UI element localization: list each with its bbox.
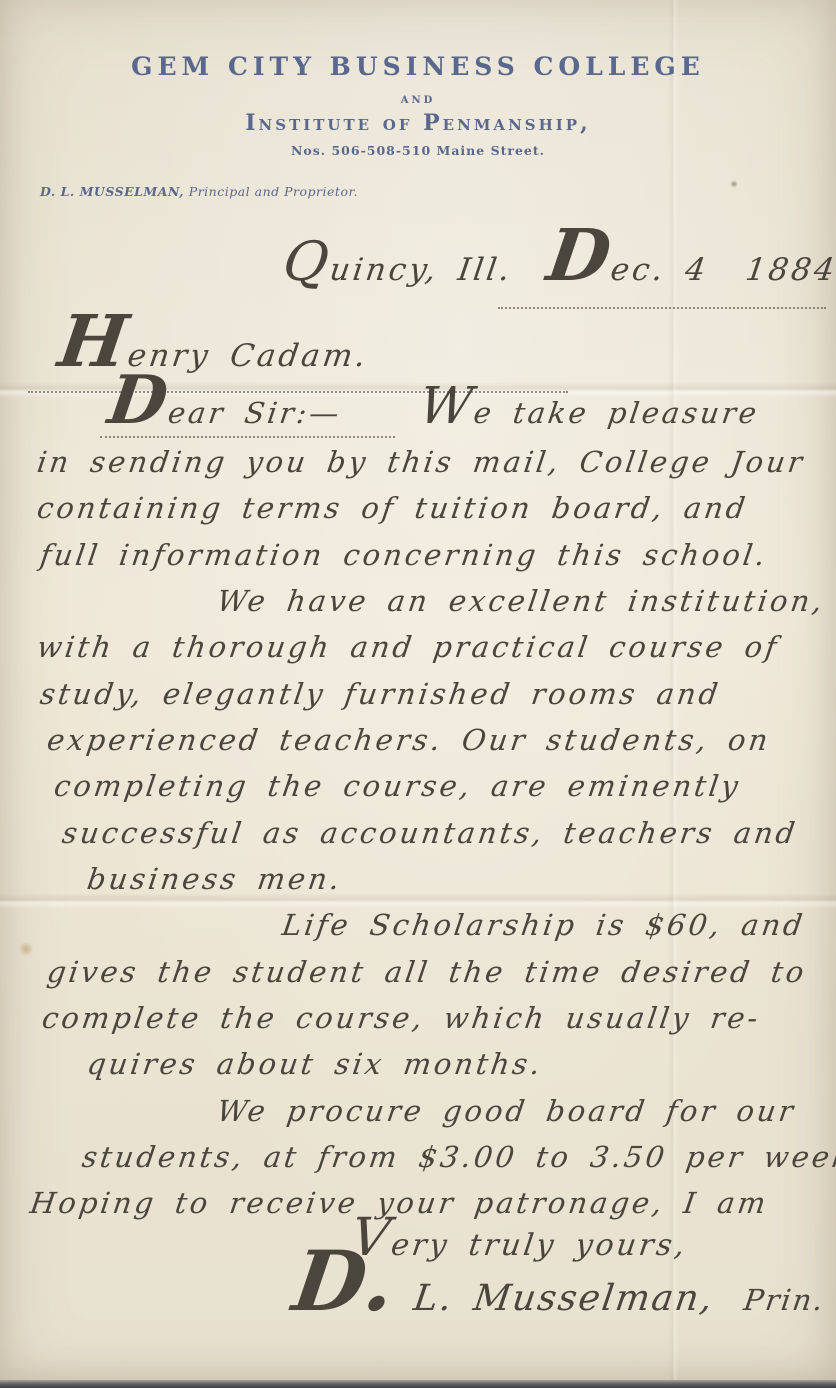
- script-line: students, at from $3.00 to 3.50 per week…: [80, 1140, 836, 1174]
- date-line: Quincy, Ill. Dec. 4 1884: [280, 252, 836, 288]
- addressee-guide-rule: [28, 391, 568, 393]
- salutation: Dear Sir:—: [105, 396, 344, 430]
- script-line: successful as accountants, teachers and: [60, 816, 800, 850]
- date-written: Dec. 4: [544, 252, 711, 288]
- script-line: gives the student all the time desired t…: [45, 955, 809, 989]
- script-line: complete the course, which usually re-: [40, 1001, 763, 1035]
- script-line: quires about six months.: [85, 1047, 545, 1081]
- script-line: business men.: [85, 862, 345, 896]
- date-guide-rule: [498, 307, 826, 309]
- scan-bottom-edge: [0, 1380, 836, 1388]
- signature-title: Prin.: [742, 1283, 827, 1317]
- script-line: experienced teachers. Our students, on: [45, 723, 773, 757]
- letterhead-institute-name: Institute of Penmanship,: [0, 110, 836, 136]
- letterhead-college-name: GEM CITY BUSINESS COLLEGE: [0, 52, 836, 81]
- place-written: Quincy, Ill.: [280, 252, 515, 288]
- script-line: We procure good board for our: [215, 1094, 798, 1128]
- script-line: with a thorough and practical course of: [35, 630, 782, 664]
- script-line: containing terms of tuition board, and: [35, 491, 750, 525]
- year-written: 1884: [743, 252, 836, 288]
- letterhead-principal-line: D. L. MUSSELMAN, Principal and Proprieto…: [40, 184, 358, 199]
- script-line: Life Scholarship is $60, and: [280, 908, 807, 942]
- opening-words: We take pleasure: [416, 396, 761, 430]
- script-line: Hoping to receive your patronage, I am: [28, 1186, 771, 1220]
- script-line: We have an excellent institution,: [215, 584, 827, 618]
- letterhead-street-address: Nos. 506-508-510 Maine Street.: [0, 143, 836, 158]
- script-line: completing the course, are eminently: [52, 769, 743, 803]
- addressee-line: Henry Cadam.: [55, 338, 371, 374]
- letterhead-conjunction: AND: [0, 95, 836, 106]
- script-line: in sending you by this mail, College Jou…: [35, 445, 807, 479]
- signature-name: D. L. Musselman,: [289, 1278, 717, 1319]
- principal-name: D. L. MUSSELMAN,: [40, 184, 184, 199]
- letter-page: GEM CITY BUSINESS COLLEGE AND Institute …: [0, 0, 836, 1388]
- script-line: study, elegantly furnished rooms and: [38, 677, 723, 711]
- salutation-line: Dear Sir:— We take pleasure: [105, 396, 761, 430]
- paper-speck: [730, 180, 738, 188]
- signature-line: D. L. Musselman, Prin.: [289, 1278, 828, 1319]
- addressee-name: Henry Cadam.: [55, 338, 371, 374]
- paper-stain: [18, 942, 34, 956]
- script-line: full information concerning this school.: [38, 538, 770, 572]
- principal-title: Principal and Proprietor.: [189, 184, 358, 199]
